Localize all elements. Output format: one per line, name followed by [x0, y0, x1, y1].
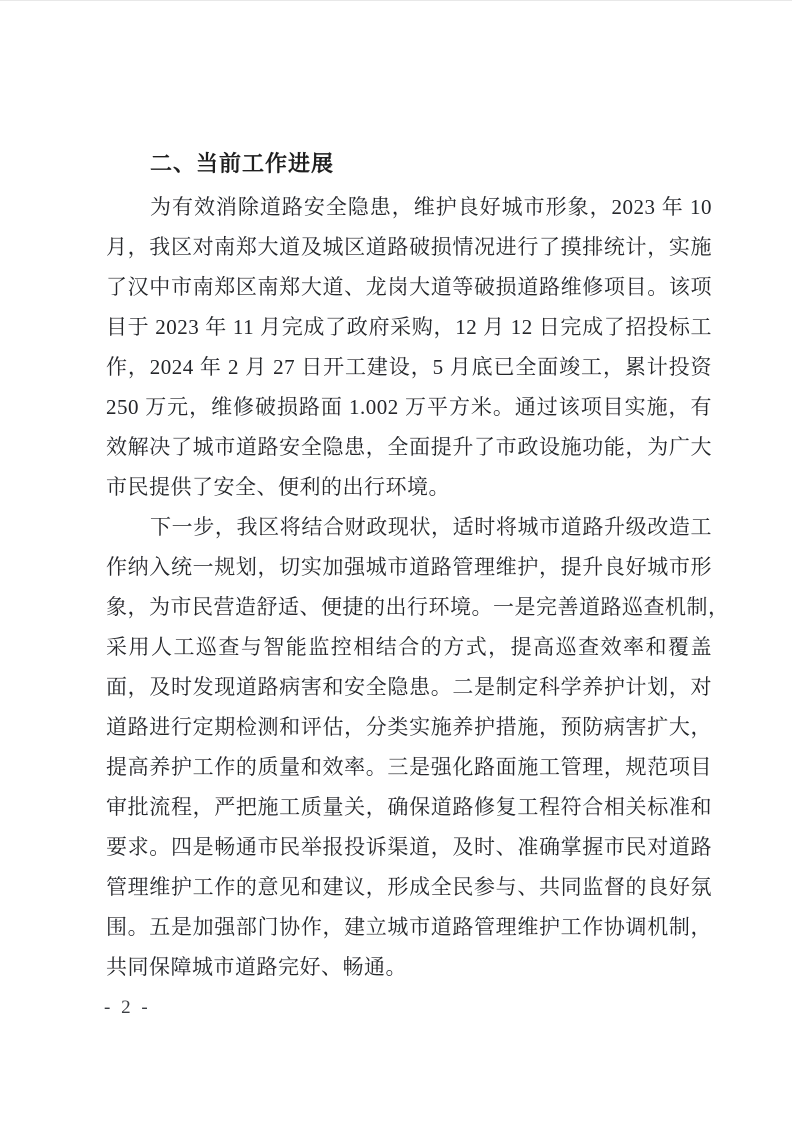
body-line: 采用人工巡查与智能监控相结合的方式，提高巡查效率和覆盖	[106, 627, 712, 667]
body-line: 道路进行定期检测和评估，分类实施养护措施，预防病害扩大，	[106, 707, 712, 747]
body-line: 提高养护工作的质量和效率。三是强化路面施工管理，规范项目	[106, 747, 712, 787]
body-line: 了汉中市南郑区南郑大道、龙岗大道等破损道路维修项目。该项	[106, 267, 712, 307]
paragraph: 为有效消除道路安全隐患，维护良好城市形象，2023 年 10月，我区对南郑大道及…	[106, 187, 712, 507]
document-body: 为有效消除道路安全隐患，维护良好城市形象，2023 年 10月，我区对南郑大道及…	[106, 187, 712, 987]
body-line: 共同保障城市道路完好、畅通。	[106, 947, 712, 987]
body-line: 面，及时发现道路病害和安全隐患。二是制定科学养护计划，对	[106, 667, 712, 707]
body-line: 管理维护工作的意见和建议，形成全民参与、共同监督的良好氛	[106, 867, 712, 907]
body-line: 围。五是加强部门协作，建立城市道路管理维护工作协调机制，	[106, 907, 712, 947]
page-number: - 2 -	[104, 997, 151, 1019]
document-page: 二、当前工作进展 为有效消除道路安全隐患，维护良好城市形象，2023 年 10月…	[0, 0, 792, 1122]
body-line: 目于 2023 年 11 月完成了政府采购，12 月 12 日完成了招投标工	[106, 307, 712, 347]
body-line: 作，2024 年 2 月 27 日开工建设，5 月底已全面竣工，累计投资	[106, 347, 712, 387]
body-line: 效解决了城市道路安全隐患，全面提升了市政设施功能，为广大	[106, 427, 712, 467]
body-line: 市民提供了安全、便利的出行环境。	[106, 467, 712, 507]
paragraph: 下一步，我区将结合财政现状，适时将城市道路升级改造工作纳入统一规划，切实加强城市…	[106, 507, 712, 987]
section-heading: 二、当前工作进展	[106, 144, 712, 187]
document-content: 二、当前工作进展 为有效消除道路安全隐患，维护良好城市形象，2023 年 10月…	[106, 144, 712, 987]
body-line: 审批流程，严把施工质量关，确保道路修复工程符合相关标准和	[106, 787, 712, 827]
body-line: 作纳入统一规划，切实加强城市道路管理维护，提升良好城市形	[106, 547, 712, 587]
body-line: 月，我区对南郑大道及城区道路破损情况进行了摸排统计，实施	[106, 227, 712, 267]
body-line: 下一步，我区将结合财政现状，适时将城市道路升级改造工	[106, 507, 712, 547]
body-line: 为有效消除道路安全隐患，维护良好城市形象，2023 年 10	[106, 187, 712, 227]
body-line: 象，为市民营造舒适、便捷的出行环境。一是完善道路巡查机制，	[106, 587, 712, 627]
body-line: 250 万元，维修破损路面 1.002 万平方米。通过该项目实施，有	[106, 387, 712, 427]
body-line: 要求。四是畅通市民举报投诉渠道，及时、准确掌握市民对道路	[106, 827, 712, 867]
